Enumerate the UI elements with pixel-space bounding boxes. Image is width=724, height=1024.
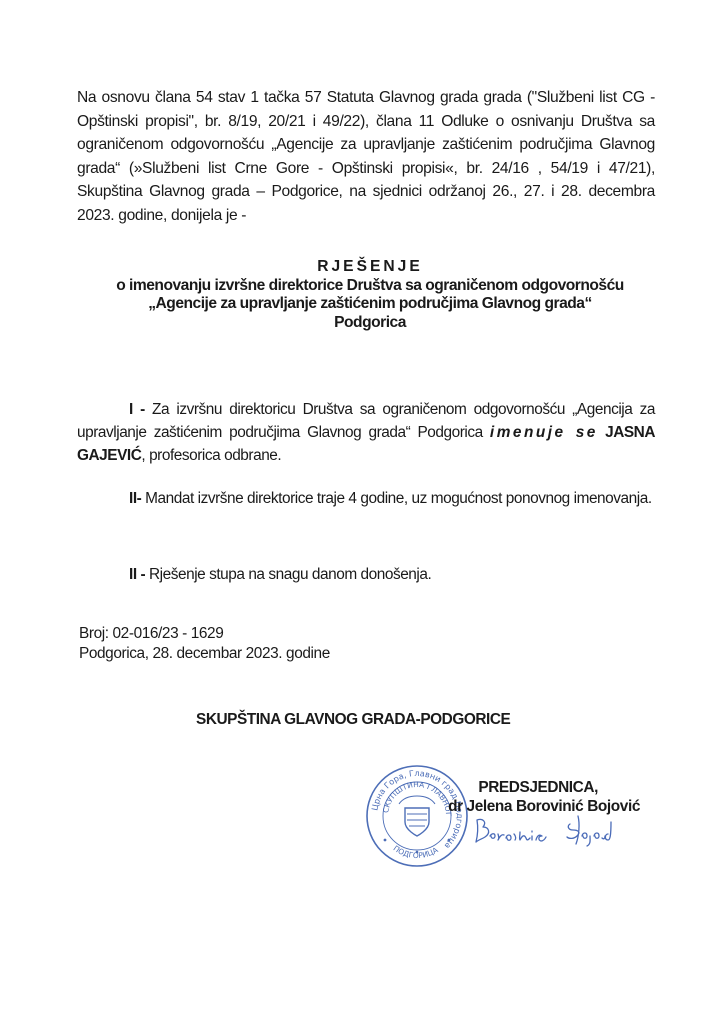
- document-meta: Broj: 02-016/23 - 1629 Podgorica, 28. de…: [79, 624, 330, 664]
- decision-subtitle-line-1: o imenovanju izvršne direktorice Društva…: [60, 277, 680, 296]
- item-number: I -: [129, 401, 145, 418]
- issuing-body: SKUPŠTINA GLAVNOG GRADA-PODGORICE: [196, 711, 510, 729]
- place-and-date: Podgorica, 28. decembar 2023. godine: [79, 644, 330, 664]
- signatory-role: PREDSJEDNICA,: [420, 778, 640, 797]
- reference-number: Broj: 02-016/23 - 1629: [79, 624, 330, 644]
- decision-item-3: II - Rješenje stupa na snagu danom donoš…: [77, 563, 655, 586]
- item-number: II -: [129, 566, 145, 583]
- decision-item-1: I - Za izvršnu direktoricu Društva sa og…: [77, 398, 655, 467]
- decision-subtitle-line-3: Podgorica: [60, 314, 680, 333]
- signatory-block: PREDSJEDNICA, dr Jelena Borovinić Bojovi…: [420, 778, 640, 816]
- decision-title-block: RJEŠENJE o imenovanju izvršne direktoric…: [60, 258, 680, 332]
- decision-subtitle-line-2: „Agencije za upravljanje zaštićenim podr…: [60, 295, 680, 314]
- decision-item-2: II- Mandat izvršne direktorice traje 4 g…: [77, 487, 655, 510]
- item-text: Mandat izvršne direktorice traje 4 godin…: [141, 490, 651, 507]
- appointment-phrase: imenuje se: [490, 424, 598, 441]
- handwritten-signature-icon: [470, 812, 630, 848]
- appointee-title: , profesorica odbrane.: [141, 447, 281, 464]
- item-text: Rješenje stupa na snagu danom donošenja.: [145, 566, 431, 583]
- document-page: Na osnovu člana 54 stav 1 tačka 57 Statu…: [0, 0, 724, 1024]
- item-number: II-: [129, 490, 141, 507]
- decision-title: RJEŠENJE: [60, 258, 680, 277]
- preamble-paragraph: Na osnovu člana 54 stav 1 tačka 57 Statu…: [77, 86, 655, 227]
